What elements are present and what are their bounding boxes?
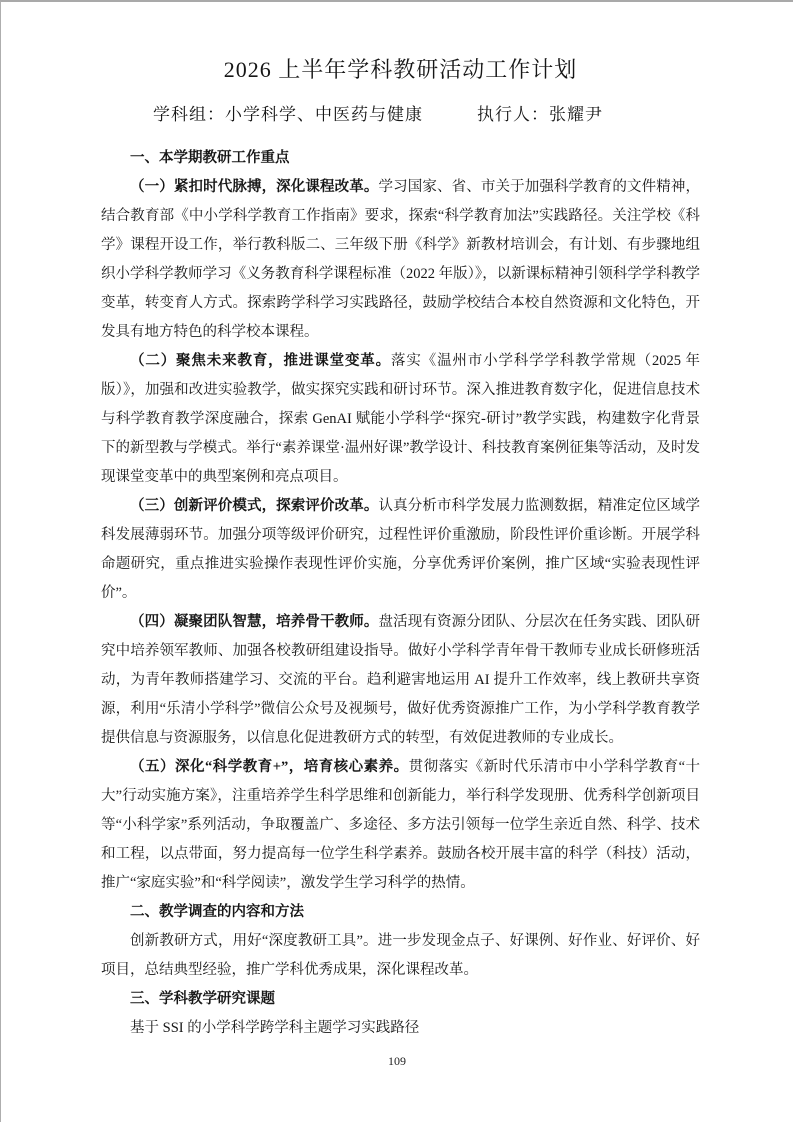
executor-label: 执行人：张耀尹 [477, 100, 603, 130]
section-3-paragraph-1: 基于 SSI 的小学科学跨学科主题学习实践路径 [101, 1014, 700, 1043]
document-title: 2026 上半年学科教研活动工作计划 [101, 52, 700, 88]
paragraph-4-lead: （四）凝聚团队智慧，培养骨干教师。 [130, 614, 379, 630]
section-1-paragraph-2: （二）聚焦未来教育，推进课堂变革。落实《温州市小学科学学科教学常规（2025 年… [101, 347, 700, 492]
paragraph-2-text: 落实《温州市小学科学学科教学常规（2025 年版）》，加强和改进实验教学，做实探… [101, 353, 700, 485]
paragraph-3-lead: （三）创新评价模式，探索评价改革。 [130, 498, 379, 514]
document-body: 一、本学期教研工作重点 （一）紧扣时代脉搏，深化课程改革。学习国家、省、市关于加… [101, 144, 700, 1043]
page-number: 109 [1, 1054, 793, 1068]
section-1-paragraph-1: （一）紧扣时代脉搏，深化课程改革。学习国家、省、市关于加强科学教育的文件精神，结… [101, 173, 700, 347]
section-1-paragraph-3: （三）创新评价模式，探索评价改革。认真分析市科学发展力监测数据，精准定位区域学科… [101, 492, 700, 608]
document-page: 2026 上半年学科教研活动工作计划 学科组：小学科学、中医药与健康 执行人：张… [0, 0, 793, 1122]
paragraph-5-text: 贯彻落实《新时代乐清市中小学科学教育“十大”行动实施方案》，注重培养学生科学思维… [101, 759, 700, 891]
section-2-text: 创新教研方式，用好“深度教研工具”。进一步发现金点子、好课例、好作业、好评价、好… [101, 933, 700, 978]
section-1-paragraph-5: （五）深化“科学教育+”，培育核心素养。贯彻落实《新时代乐清市中小学科学教育“十… [101, 753, 700, 898]
section-1-heading: 一、本学期教研工作重点 [101, 144, 700, 173]
section-1-paragraph-4: （四）凝聚团队智慧，培养骨干教师。盘活现有资源分团队、分层次在任务实践、团队研究… [101, 608, 700, 753]
paragraph-1-lead: （一）紧扣时代脉搏，深化课程改革。 [130, 179, 379, 195]
subject-group-label: 学科组：小学科学、中医药与健康 [153, 100, 423, 130]
document-meta: 学科组：小学科学、中医药与健康 执行人：张耀尹 [101, 100, 700, 130]
section-2-heading: 二、教学调查的内容和方法 [101, 898, 700, 927]
paragraph-2-lead: （二）聚焦未来教育，推进课堂变革。 [130, 353, 391, 369]
paragraph-4-text: 盘活现有资源分团队、分层次在任务实践、团队研究中培养领军教师、加强各校教研组建设… [101, 614, 700, 746]
section-2-paragraph-1: 创新教研方式，用好“深度教研工具”。进一步发现金点子、好课例、好作业、好评价、好… [101, 927, 700, 985]
document-content: 2026 上半年学科教研活动工作计划 学科组：小学科学、中医药与健康 执行人：张… [1, 2, 793, 1043]
section-3-heading: 三、学科教学研究课题 [101, 985, 700, 1014]
section-3-text: 基于 SSI 的小学科学跨学科主题学习实践路径 [130, 1020, 419, 1036]
paragraph-5-lead: （五）深化“科学教育+”，培育核心素养。 [130, 759, 409, 775]
paragraph-1-text: 学习国家、省、市关于加强科学教育的文件精神，结合教育部《中小学科学教育工作指南》… [101, 179, 700, 340]
